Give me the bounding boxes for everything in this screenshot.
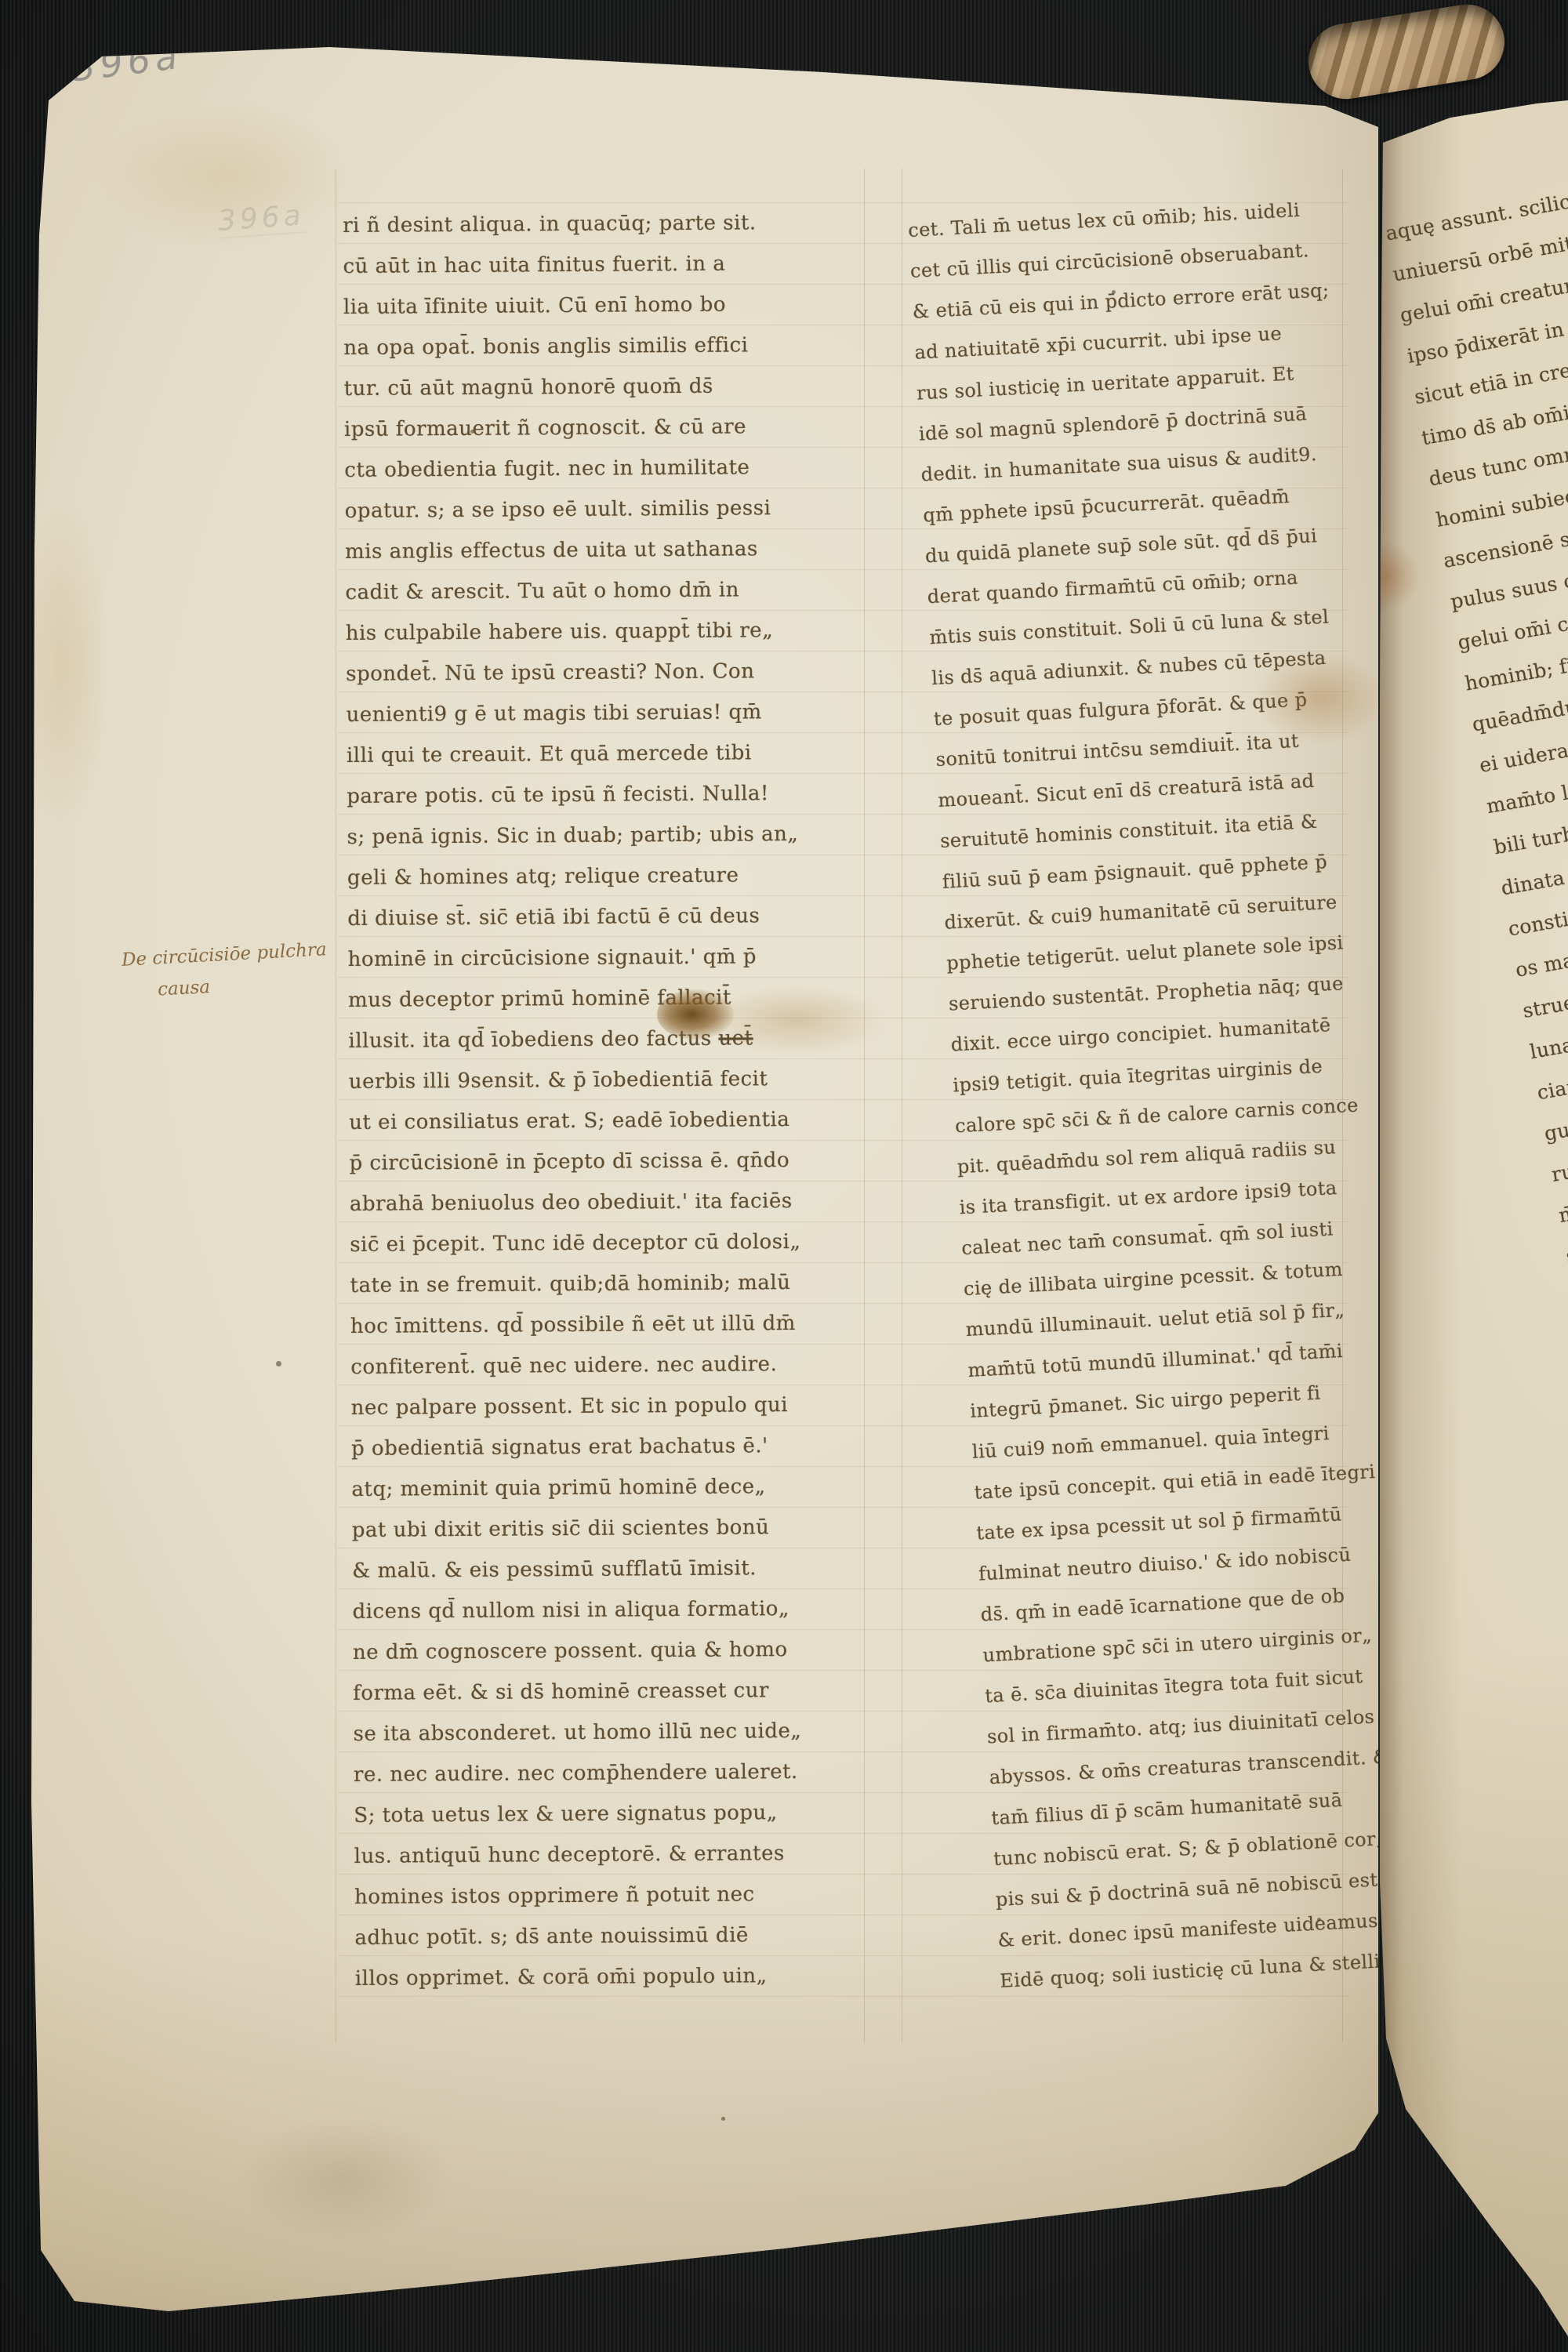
speck (276, 1361, 281, 1367)
manuscript-line: geli & homines atq; relique creature (347, 854, 871, 898)
manuscript-line: se ita absconderet. ut homo illū nec uid… (353, 1710, 877, 1755)
speck (470, 430, 474, 434)
manuscript-line: mis anglis effectus de uita ut sathanas (345, 528, 869, 572)
endband-sewing (1303, 0, 1510, 104)
margin-gloss: De circūcisiōe pulchra causa (121, 934, 329, 1007)
manuscript-line: homines istos opprimere ñ potuit nec (354, 1873, 878, 1918)
folio-number-pencil-ghost: 396a (217, 199, 307, 239)
text-column-recto: aquę assunt. scilicet ut disuniuersū orb… (1382, 154, 1568, 2013)
manuscript-line: nec palpare possent. Et sic in populo qu… (351, 1384, 875, 1428)
manuscript-line: uerbis illi 9sensit. & p̄ īobedientiā fe… (349, 1058, 873, 1102)
manuscript-line: ne dm̄ cognoscere possent. quia & homo (353, 1628, 877, 1673)
photo-backdrop-felt: 396a 396a De circūcisiōe pulchra causa r… (0, 0, 1568, 2352)
manuscript-line: spondet̄. Nū te ipsū creasti? Non. Con (346, 650, 869, 695)
manuscript-line: opatur. s; a se ipso eē uult. similis pe… (345, 487, 869, 532)
manuscript-line: p̄ circūcisionē in p̄cepto dī scissa ē. … (349, 1139, 873, 1184)
manuscript-line: ipsū formauerit ñ cognoscit. & cū are (344, 405, 868, 450)
stain (235, 2117, 455, 2242)
speck (1112, 290, 1116, 294)
manuscript-line: tate in se fremuit. quib;dā hominib; mal… (350, 1261, 873, 1306)
text-column-1: ri ñ desint aliqua. in quacūq; parte sit… (343, 201, 879, 1999)
manuscript-line: parare potis. cū te ipsū ñ fecisti. Null… (347, 772, 870, 817)
manuscript-line: di diuise st̄. sic̄ etiā ibi factū ē cū … (347, 895, 871, 939)
manuscript-line: ri ñ desint aliqua. in quacūq; parte sit… (343, 201, 866, 246)
manuscript-line: cū aūt in hac uita finitus fuerit. in a (343, 242, 866, 287)
manuscript-line: atq; meminit quia primū hominē dece„ (351, 1465, 875, 1510)
manuscript-line: lia uita īfinite uiuit. Cū enī homo bo (343, 283, 867, 328)
speck (1317, 1918, 1321, 1922)
ruling-vertical (336, 169, 336, 2042)
manuscript-line: illusit. ita qd̄ īobediens deo factus ue… (348, 1017, 872, 1062)
manuscript-line: illi qui te creauit. Et quā mercede tibi (347, 731, 870, 776)
ruling-vertical (902, 169, 902, 2042)
manuscript-line: tur. cū aūt magnū honorē quom̄ ds̄ (343, 365, 867, 409)
manuscript-line: dicens qd̄ nullom nisi in aliqua formati… (352, 1588, 876, 1632)
manuscript-line: adhuc potīt. s; ds̄ ante nouissimū diē (354, 1914, 878, 1958)
manuscript-left-page: 396a 396a De circūcisiōe pulchra causa r… (0, 0, 1568, 2352)
folio-number-pencil: 396a (70, 34, 184, 90)
manuscript-line: sic̄ ei p̄cepit. Tunc idē deceptor cū do… (350, 1221, 873, 1265)
manuscript-line: ut ei consiliatus erat. S; eadē īobedien… (349, 1098, 873, 1143)
speck (721, 2117, 725, 2121)
manuscript-line: p̄ obedientiā signatus erat bachatus ē.' (351, 1425, 875, 1469)
manuscript-line: his culpabile habere uis. quappt̄ tibi r… (346, 609, 869, 654)
manuscript-line: uenienti9 g ē ut magis tibi seruias! qm̄ (346, 691, 869, 735)
manuscript-line: confiterent̄. quē nec uidere. nec audire… (350, 1343, 874, 1388)
manuscript-line: cta obedientia fugit. nec in humilitate (344, 446, 868, 491)
manuscript-line: re. nec audire. nec comp̄hendere ualeret… (354, 1751, 877, 1795)
manuscript-line: illos opprimet. & corā om̄i populo uin„ (355, 1955, 879, 1999)
manuscript-line: cadit & arescit. Tu aūt o homo dm̄ in (345, 568, 869, 613)
manuscript-line: pat ubi dixit eritis sic̄ dii scientes b… (352, 1506, 876, 1551)
manuscript-line: forma eēt. & si ds̄ hominē creasset cur (353, 1669, 877, 1714)
manuscript-line: abrahā beniuolus deo obediuit.' ita faci… (350, 1180, 873, 1225)
manuscript-line: hoc īmittens. qd̄ possibile ñ eēt ut ill… (350, 1302, 874, 1347)
stain (16, 502, 110, 831)
manuscript-line: mus deceptor primū hominē fallacit̄ (348, 976, 872, 1021)
manuscript-line: s; penā ignis. Sic in duab; partib; ubis… (347, 813, 870, 858)
manuscript-line: hominē in circūcisione signauit.' qm̄ p̄ (348, 935, 872, 980)
manuscript-line: & malū. & eis pessimū sufflatū īmisit. (352, 1547, 876, 1592)
manuscript-line: na opa opat̄. bonis anglis similis effic… (343, 324, 867, 368)
manuscript-line: S; tota uetus lex & uere signatus popu„ (354, 1791, 877, 1836)
manuscript-line: lus. antiquū hunc deceptorē. & errantes (354, 1832, 878, 1877)
